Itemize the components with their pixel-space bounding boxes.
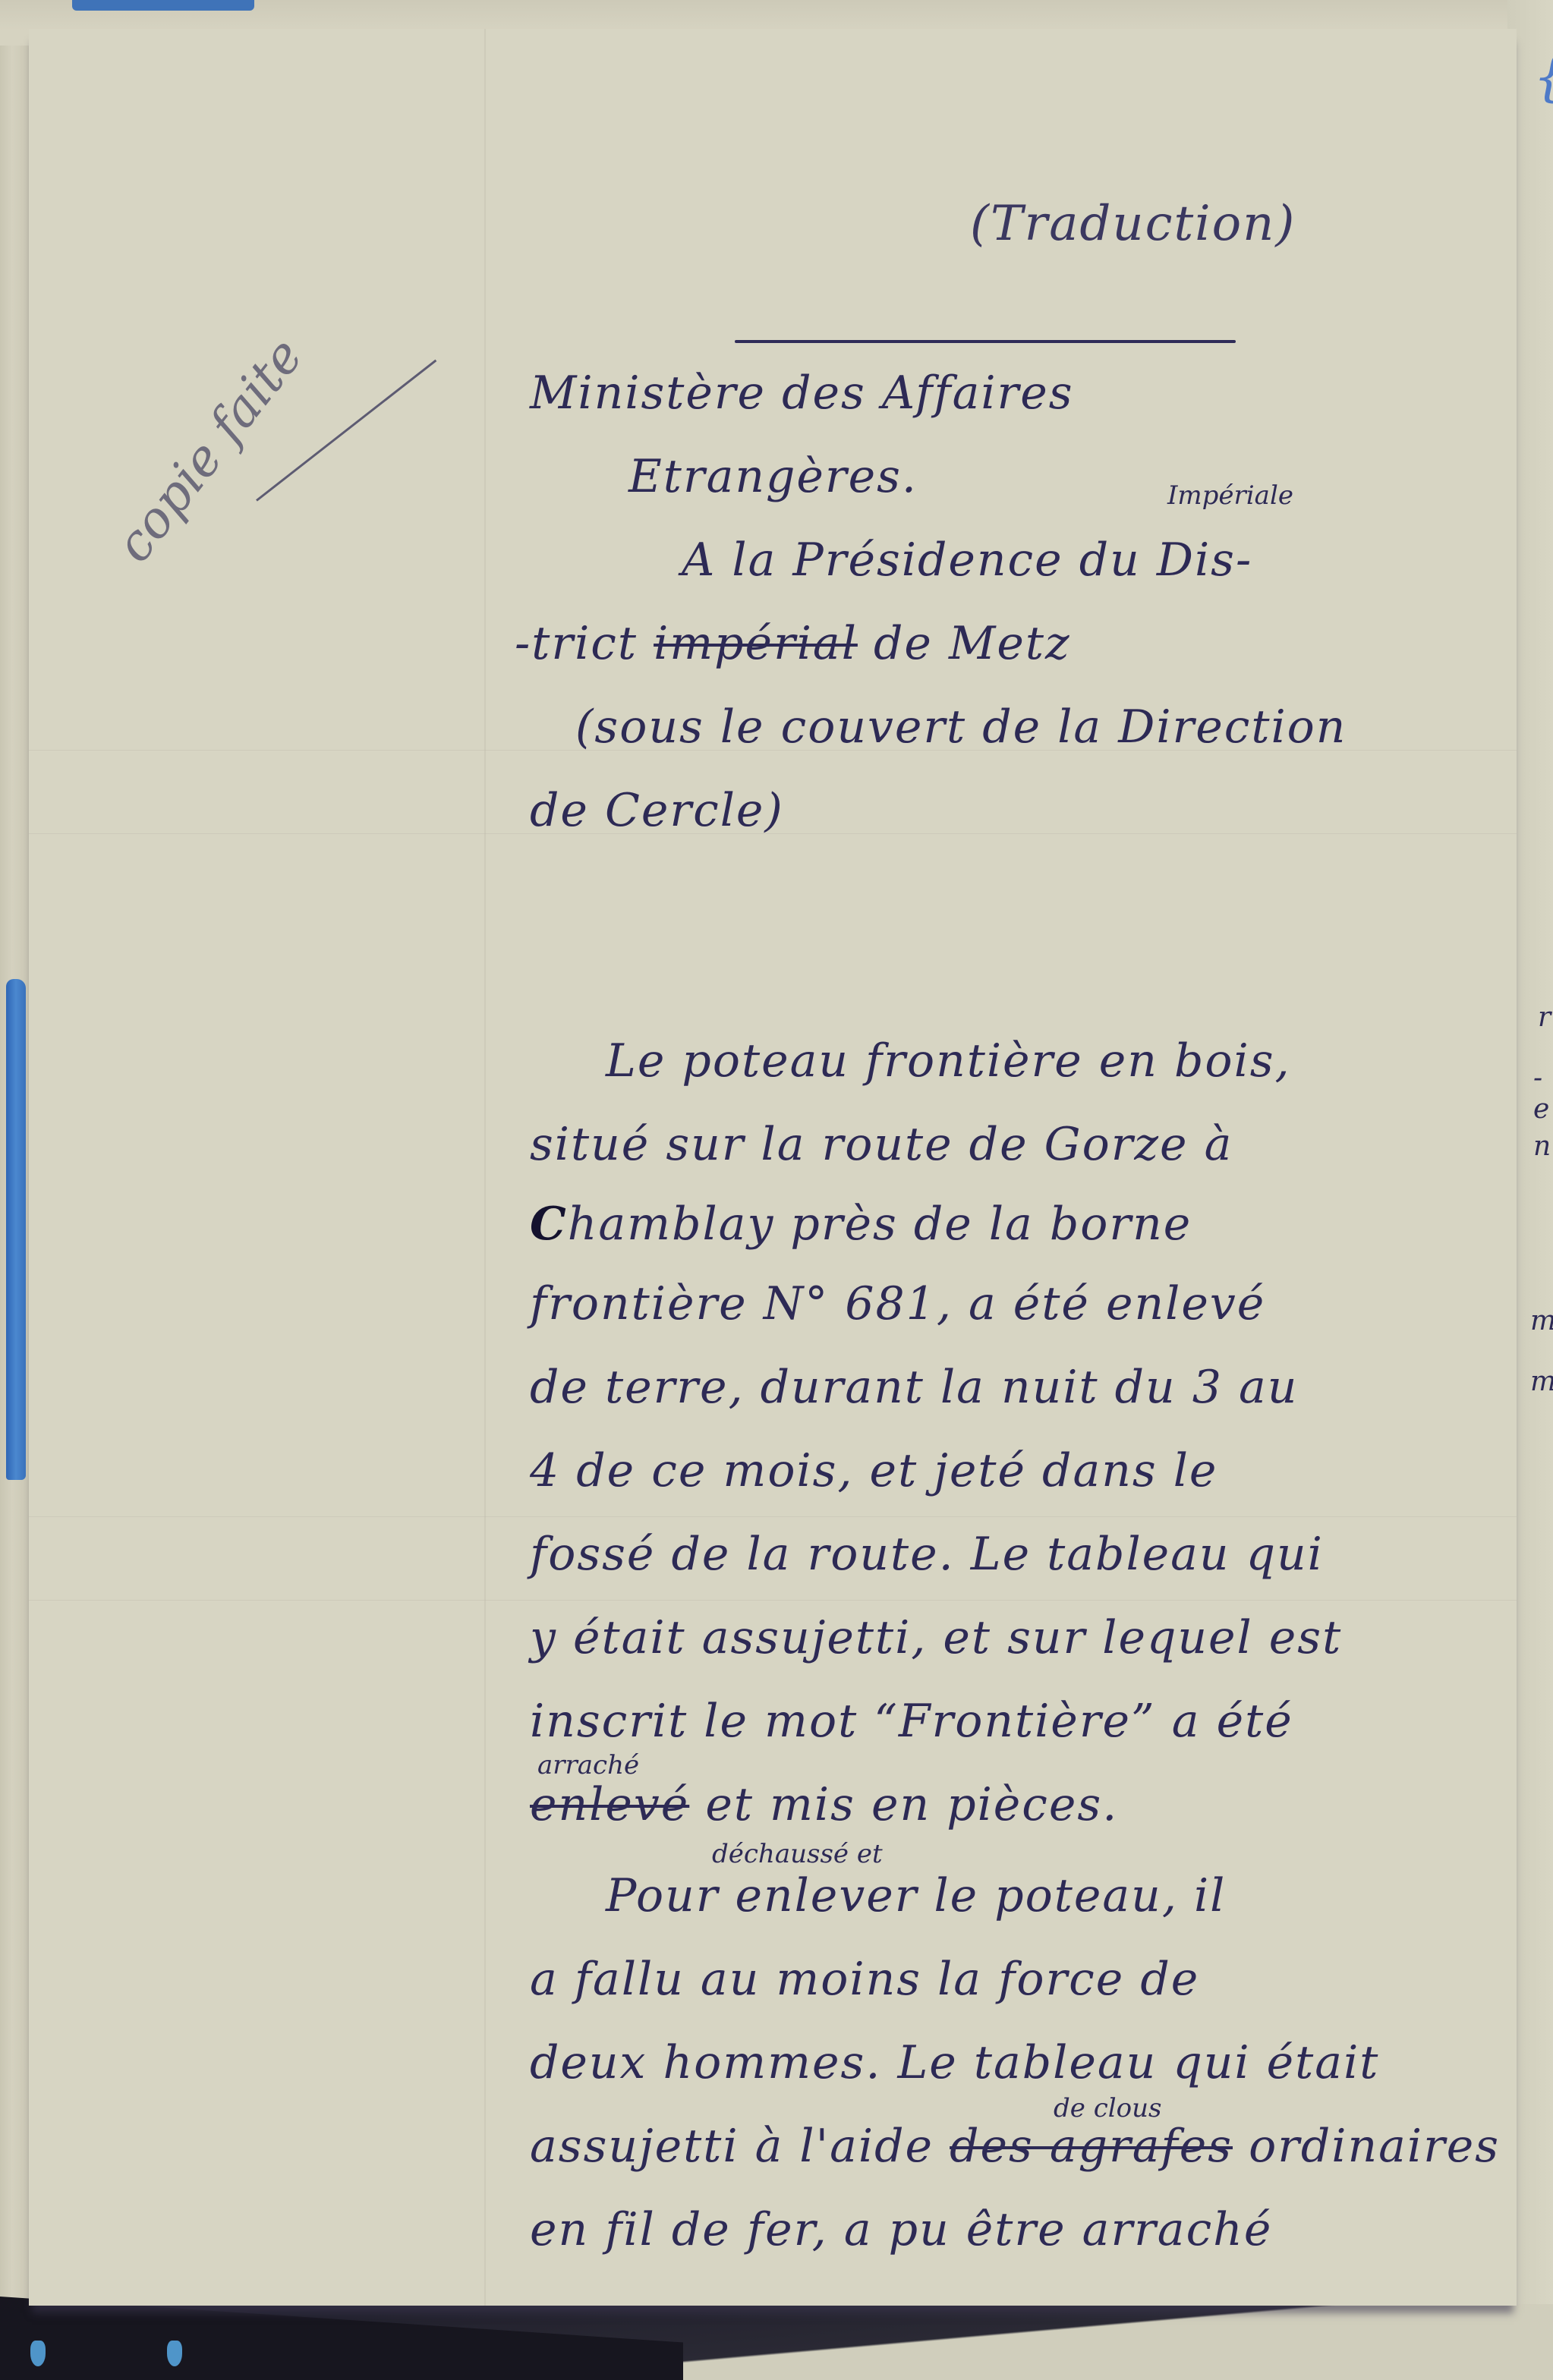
insert-imperiale: Impériale bbox=[1167, 480, 1293, 511]
edge-mark: m bbox=[1530, 1305, 1553, 1336]
body-line-5: de terre, durant la nuit du 3 au bbox=[530, 1365, 1298, 1410]
edge-mark: r bbox=[1538, 1002, 1551, 1033]
address-line-4-prefix: -trict bbox=[515, 617, 638, 670]
ruled-line bbox=[29, 1600, 1517, 1601]
address-line-2: Etrangères. bbox=[628, 454, 918, 499]
edge-mark: n bbox=[1533, 1131, 1551, 1162]
insert-arrache: arraché bbox=[537, 1750, 639, 1780]
insert-dechausse: déchaussé et bbox=[712, 1839, 883, 1869]
edge-mark: -e bbox=[1533, 1062, 1553, 1125]
address-line-4-suffix: de Metz bbox=[874, 617, 1071, 670]
address-line-3: A la Présidence du Dis- bbox=[682, 537, 1252, 583]
body-line-1: Le poteau frontière en bois, bbox=[606, 1038, 1291, 1084]
body-line-2: situé sur la route de Gorze à bbox=[530, 1122, 1233, 1167]
heading-rule bbox=[735, 340, 1236, 343]
ribbon-end bbox=[30, 2341, 46, 2366]
body-line-14-text: ordinaires bbox=[1233, 2120, 1500, 2173]
body-line-11-text: le poteau, il bbox=[918, 1869, 1226, 1922]
body-line-14: assujetti à l'aide des agrafes ordinaire… bbox=[530, 2123, 1500, 2169]
address-line-1: Ministère des Affaires bbox=[530, 370, 1074, 416]
document-heading: (Traduction) bbox=[970, 196, 1296, 252]
binding-ribbon bbox=[6, 979, 26, 1480]
body-line-15: en fil de fer, a pu être arraché bbox=[530, 2207, 1272, 2252]
body-line-11-prefix: Pour bbox=[606, 1869, 719, 1922]
blue-ribbon-tab bbox=[72, 0, 254, 11]
address-line-5: (sous le couvert de la Direction bbox=[575, 704, 1347, 750]
edge-mark-blue: { bbox=[1533, 46, 1553, 108]
body-line-11-replaced: enlever bbox=[735, 1869, 918, 1922]
margin-fold bbox=[484, 29, 486, 2306]
edge-mark: m bbox=[1530, 1366, 1553, 1397]
document-photo: copie faite (Traduction) Ministère des A… bbox=[0, 0, 1553, 2380]
struck-words-des-agrafes: des agrafes bbox=[950, 2120, 1233, 2173]
ribbon-end bbox=[167, 2341, 182, 2366]
address-line-3-prefix: A la Présidence bbox=[682, 534, 1063, 587]
body-line-7: fossé de la route. Le tableau qui bbox=[530, 1532, 1324, 1577]
body-line-13: deux hommes. Le tableau qui était bbox=[530, 2040, 1379, 2086]
body-line-9: inscrit le mot “Frontière” a été bbox=[530, 1698, 1293, 1744]
body-line-14-prefix: assujetti à l'aide bbox=[530, 2120, 934, 2173]
body-line-3: Chamblay près de la borne bbox=[530, 1201, 1192, 1247]
manuscript-page: copie faite (Traduction) Ministère des A… bbox=[29, 29, 1517, 2306]
struck-word-enleve: enlevé bbox=[530, 1778, 689, 1831]
body-line-10-text: et mis en pièces. bbox=[689, 1778, 1118, 1831]
address-line-3-suffix: du Dis- bbox=[1079, 534, 1252, 587]
address-line-4: -trict impérial de Metz bbox=[515, 621, 1071, 666]
capital-c: C bbox=[530, 1198, 568, 1251]
body-line-8: y était assujetti, et sur lequel est bbox=[530, 1615, 1342, 1661]
struck-word-imperial: impérial bbox=[654, 617, 858, 670]
address-line-6: de Cercle) bbox=[530, 788, 784, 833]
body-line-12: a fallu au moins la force de bbox=[530, 1957, 1199, 2002]
insert-de-clous: de clous bbox=[1054, 2093, 1161, 2123]
body-line-6: 4 de ce mois, et jeté dans le bbox=[530, 1448, 1218, 1494]
margin-note: copie faite bbox=[104, 327, 314, 573]
body-line-10: enlevé et mis en pièces. bbox=[530, 1782, 1118, 1827]
body-line-3-text: hamblay près de la borne bbox=[568, 1198, 1192, 1251]
body-line-11: Pour enlever le poteau, il bbox=[606, 1873, 1226, 1919]
body-line-4: frontière N° 681, a été enlevé bbox=[530, 1281, 1265, 1327]
ruled-line bbox=[29, 1516, 1517, 1517]
